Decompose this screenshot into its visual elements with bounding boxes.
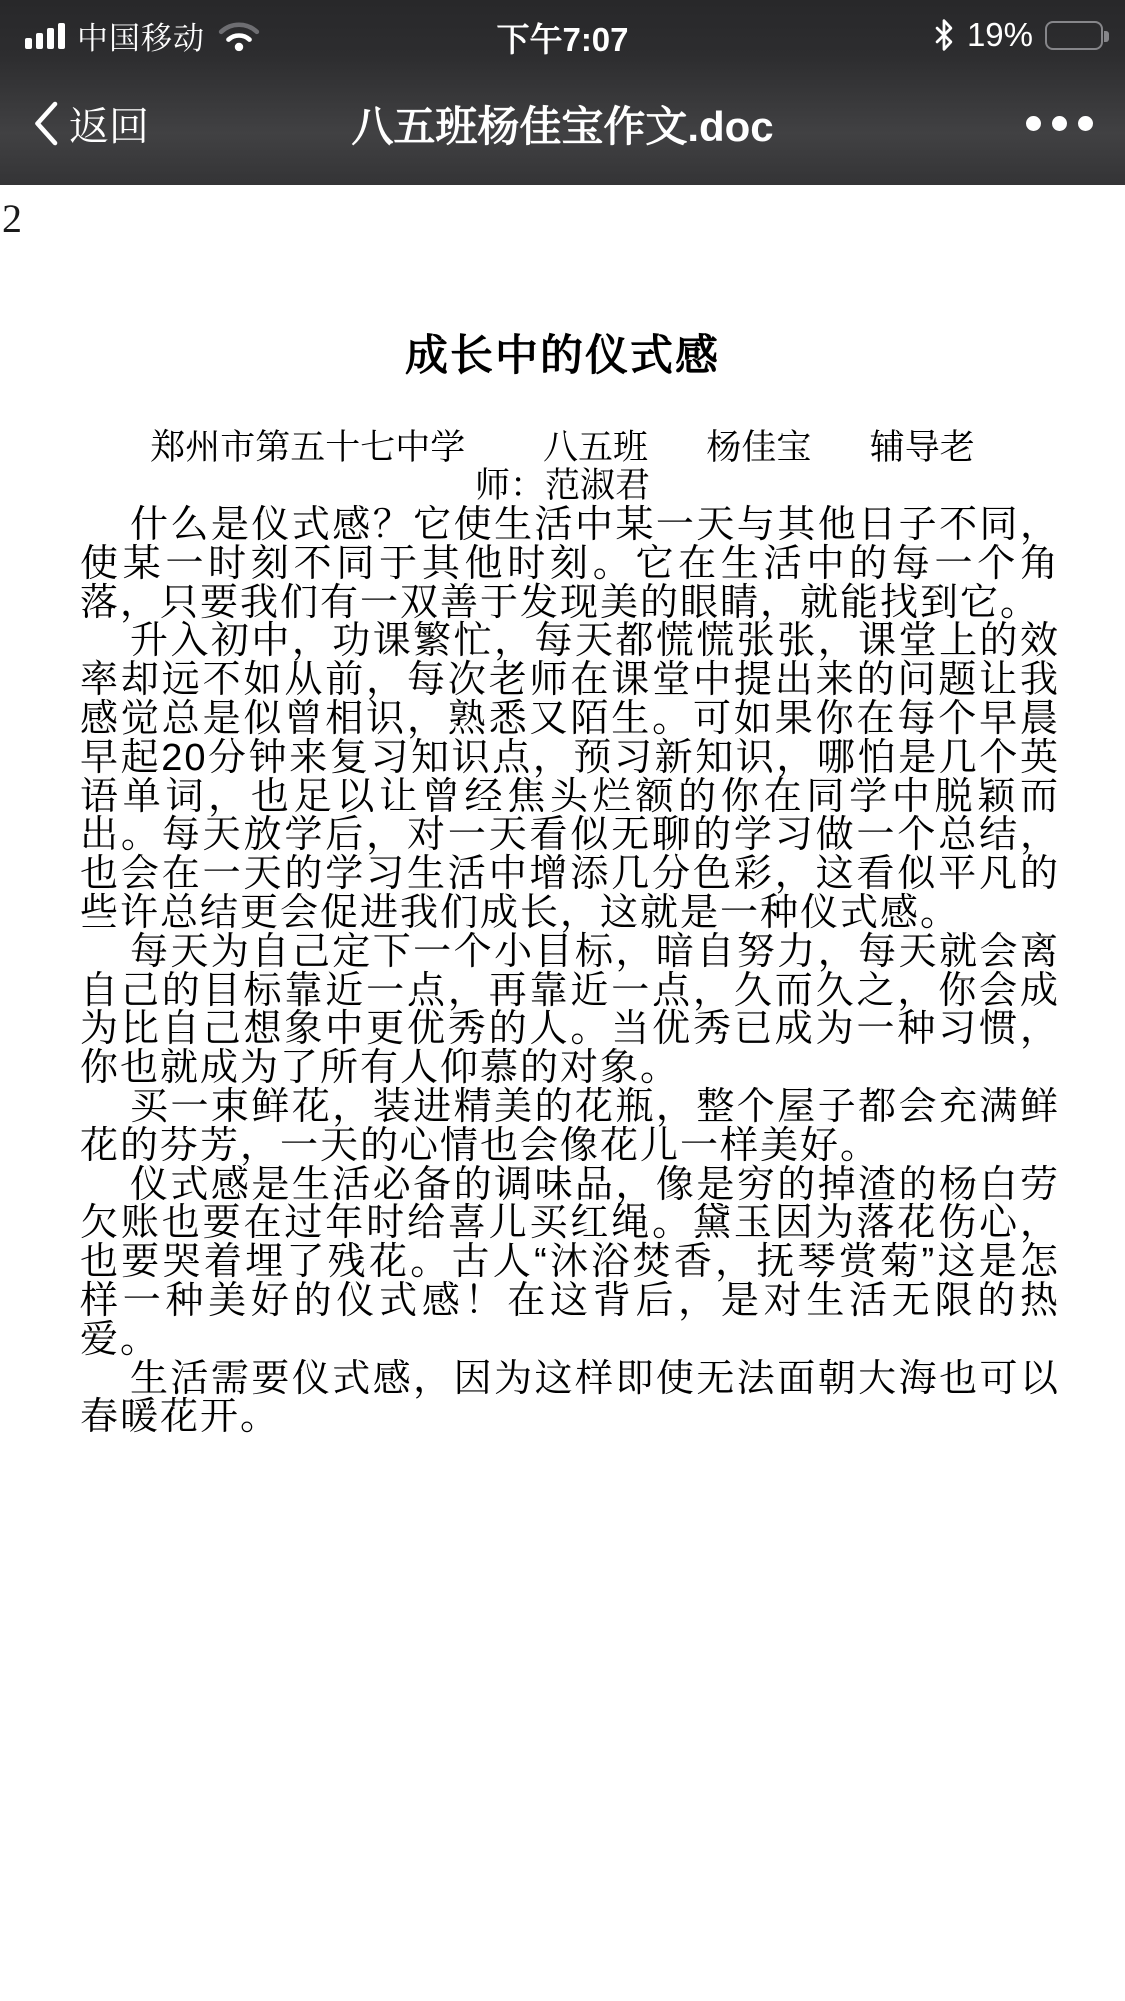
battery-icon	[1045, 21, 1103, 50]
essay-paragraph: 买一束鲜花，装进精美的花瓶，整个屋子都会充满鲜花的芬芳，一天的心情也会像花儿一样…	[80, 1088, 1060, 1166]
battery-nub	[1104, 31, 1109, 42]
essay-paragraph: 每天为自己定下一个小目标，暗自努力，每天就会离自己的目标靠近一点，再靠近一点，久…	[80, 933, 1060, 1088]
byline-line-2: 师：范淑君	[0, 467, 1125, 505]
nav-bar: 返回 八五班杨佳宝作文.doc	[0, 62, 1125, 185]
more-menu-button[interactable]	[1026, 106, 1093, 141]
byline-line-1: 郑州市第五十七中学 八五班 杨佳宝 辅导老	[0, 429, 1125, 467]
status-bar-right: 19%	[933, 16, 1103, 54]
essay-title: 成长中的仪式感	[0, 322, 1125, 383]
document-title-nav: 八五班杨佳宝作文.doc	[351, 94, 773, 154]
carrier-label: 中国移动	[77, 13, 205, 58]
back-button[interactable]: 返回	[32, 95, 149, 152]
status-bar: 中国移动 下午7:07 19%	[0, 0, 1125, 62]
clock: 下午7:07	[496, 14, 628, 61]
page-number: 2	[2, 195, 22, 242]
essay-paragraph: 仪式感是生活必备的调味品，像是穷的掉渣的杨白劳欠账也要在过年时给喜儿买红绳。黛玉…	[80, 1166, 1060, 1360]
document-viewer[interactable]: 2 成长中的仪式感 郑州市第五十七中学 八五班 杨佳宝 辅导老 师：范淑君 什么…	[0, 185, 1125, 2001]
status-bar-left: 中国移动	[25, 13, 261, 58]
essay-paragraph: 生活需要仪式感，因为这样即使无法面朝大海也可以春暖花开。	[80, 1360, 1060, 1438]
essay-paragraph: 什么是仪式感？它使生活中某一天与其他日子不同，使某一时刻不同于其他时刻。它在生活…	[80, 506, 1060, 622]
essay-byline: 郑州市第五十七中学 八五班 杨佳宝 辅导老 师：范淑君	[0, 429, 1125, 505]
essay-paragraph: 升入初中，功课繁忙，每天都慌慌张张，课堂上的效率却远不如从前，每次老师在课堂中提…	[80, 622, 1060, 932]
ellipsis-icon	[1026, 116, 1041, 131]
cellular-signal-icon	[25, 22, 65, 49]
essay-body: 什么是仪式感？它使生活中某一天与其他日子不同，使某一时刻不同于其他时刻。它在生活…	[80, 506, 1060, 1437]
back-button-label: 返回	[69, 95, 149, 152]
bluetooth-icon	[933, 18, 955, 52]
chevron-left-icon	[32, 100, 59, 147]
header: 中国移动 下午7:07 19%	[0, 0, 1125, 185]
wifi-icon	[217, 19, 261, 52]
battery-percent-label: 19%	[967, 16, 1033, 54]
